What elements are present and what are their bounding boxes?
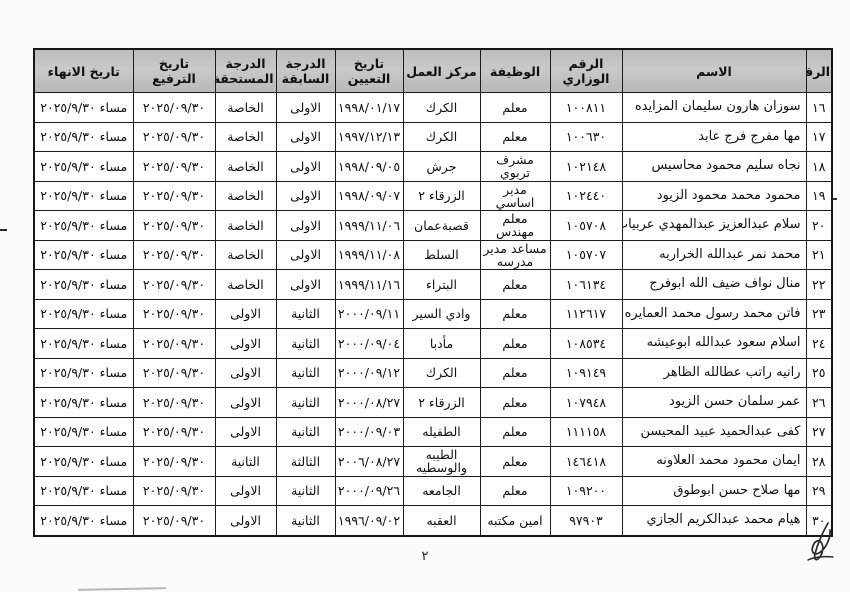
cell-previous-grade: الثانية	[276, 417, 335, 447]
handwritten-signature-mark	[800, 520, 842, 568]
cell-name: منال نواف ضيف الله ابوفرج	[622, 270, 806, 300]
cell-due-grade: الاولى	[215, 476, 276, 506]
cell-previous-grade: الثانية	[276, 329, 335, 359]
cell-job: معلم	[480, 417, 550, 447]
cell-due-grade: الاولى	[215, 299, 276, 329]
scan-mark-row19-dash	[832, 198, 837, 200]
cell-previous-grade: الثانية	[276, 299, 335, 329]
cell-work-center: الطفيله	[403, 417, 480, 447]
table-row: ٢٨ ايمان محمود محمد العلاونه ١٤٦٤١٨ معلم…	[34, 447, 832, 477]
cell-name: محمود محمد محمود الزيود	[622, 181, 806, 211]
cell-work-center: الكرك	[403, 122, 480, 152]
cell-hire-date: ١٩٩٩/١١/١٦	[335, 270, 403, 300]
cell-end-date: مساء ٢٠٢٥/٩/٣٠	[34, 358, 133, 388]
cell-promotion-date: ٢٠٢٥/٠٩/٣٠	[133, 181, 215, 211]
cell-work-center: العقبه	[403, 506, 480, 536]
cell-row-number: ١٨	[806, 152, 832, 182]
cell-ministry-number: ١٠٢١٤٨	[550, 152, 622, 182]
header-work-center: مركز العمل	[403, 49, 480, 93]
table-row: ٢٢ منال نواف ضيف الله ابوفرج ١٠٦١٣٤ معلم…	[34, 270, 832, 300]
cell-name: هيام محمد عبدالكريم الجازي	[622, 506, 806, 536]
cell-promotion-date: ٢٠٢٥/٠٩/٣٠	[133, 270, 215, 300]
document-page: الرقم الاسم الرقم الوزاري الوظيفة مركز ا…	[0, 0, 850, 592]
header-row: الرقم الاسم الرقم الوزاري الوظيفة مركز ا…	[34, 49, 832, 93]
header-due-grade: الدرجة المستحقة	[215, 49, 276, 93]
cell-end-date: مساء ٢٠٢٥/٩/٣٠	[34, 388, 133, 418]
header-name: الاسم	[622, 49, 806, 93]
cell-row-number: ١٩	[806, 181, 832, 211]
cell-work-center: الطيبه والوسطيه	[403, 447, 480, 477]
table-row: ١٧ مها مفرج فرج عابد ١٠٠٦٣٠ معلم الكرك ١…	[34, 122, 832, 152]
cell-previous-grade: الثانية	[276, 506, 335, 536]
cell-job: معلم	[480, 93, 550, 123]
header-row-number: الرقم	[806, 49, 832, 93]
page-number: ٢	[0, 549, 850, 564]
cell-job: معلم	[480, 358, 550, 388]
cell-hire-date: ١٩٩٩/١١/٠٨	[335, 240, 403, 270]
cell-work-center: الكرك	[403, 93, 480, 123]
cell-ministry-number: ١٤٦٤١٨	[550, 447, 622, 477]
cell-ministry-number: ١١١١٥٨	[550, 417, 622, 447]
cell-previous-grade: الاولى	[276, 181, 335, 211]
cell-promotion-date: ٢٠٢٥/٠٩/٣٠	[133, 329, 215, 359]
cell-previous-grade: الاولى	[276, 122, 335, 152]
cell-name: رانيه راتب عطالله الظاهر	[622, 358, 806, 388]
cell-hire-date: ٢٠٠٠/٠٨/٢٧	[335, 388, 403, 418]
cell-previous-grade: الثالثة	[276, 447, 335, 477]
cell-promotion-date: ٢٠٢٥/٠٩/٣٠	[133, 93, 215, 123]
cell-name: محمد نمر عبدالله الخراربه	[622, 240, 806, 270]
cell-job: معلم	[480, 447, 550, 477]
cell-end-date: مساء ٢٠٢٥/٩/٣٠	[34, 417, 133, 447]
header-ministry-number: الرقم الوزاري	[550, 49, 622, 93]
table-row: ٢٤ اسلام سعود عبدالله ابوعيشه ١٠٨٥٣٤ معل…	[34, 329, 832, 359]
cell-job: مدير اساسي	[480, 181, 550, 211]
cell-end-date: مساء ٢٠٢٥/٩/٣٠	[34, 181, 133, 211]
cell-ministry-number: ١٠٩٢٠٠	[550, 476, 622, 506]
cell-name: كفى عبدالحميد عبيد المحيسن	[622, 417, 806, 447]
cell-work-center: الكرك	[403, 358, 480, 388]
cell-ministry-number: ١١٢٦١٧	[550, 299, 622, 329]
cell-previous-grade: الثانية	[276, 358, 335, 388]
cell-due-grade: الاولى	[215, 417, 276, 447]
cell-hire-date: ١٩٩٩/١١/٠٦	[335, 211, 403, 241]
cell-job: امين مكتبه	[480, 506, 550, 536]
cell-previous-grade: الاولى	[276, 93, 335, 123]
cell-row-number: ٢٩	[806, 476, 832, 506]
table-row: ١٦ سوزان هارون سليمان المزايده ١٠٠٨١١ مع…	[34, 93, 832, 123]
cell-due-grade: الاولى	[215, 329, 276, 359]
table-body: ١٦ سوزان هارون سليمان المزايده ١٠٠٨١١ مع…	[34, 93, 832, 536]
cell-row-number: ٢٥	[806, 358, 832, 388]
cell-job: مشرف تربوي	[480, 152, 550, 182]
cell-end-date: مساء ٢٠٢٥/٩/٣٠	[34, 152, 133, 182]
header-hire-date: تاريخ التعيين	[335, 49, 403, 93]
cell-hire-date: ١٩٩٨/٠٩/٠٥	[335, 152, 403, 182]
cell-promotion-date: ٢٠٢٥/٠٩/٣٠	[133, 476, 215, 506]
cell-row-number: ٢٧	[806, 417, 832, 447]
header-previous-grade: الدرجة السابقة	[276, 49, 335, 93]
cell-due-grade: الخاصة	[215, 211, 276, 241]
cell-work-center: مأدبا	[403, 329, 480, 359]
table-row: ٢٦ عمر سلمان حسن الزيود ١٠٧٩٤٨ معلم الزر…	[34, 388, 832, 418]
cell-promotion-date: ٢٠٢٥/٠٩/٣٠	[133, 240, 215, 270]
cell-job: معلم	[480, 122, 550, 152]
cell-previous-grade: الاولى	[276, 211, 335, 241]
scan-mark-left-edge	[0, 229, 7, 231]
cell-due-grade: الخاصة	[215, 181, 276, 211]
cell-promotion-date: ٢٠٢٥/٠٩/٣٠	[133, 152, 215, 182]
table-row: ١٨ نجاه سليم محمود محاسيس ١٠٢١٤٨ مشرف تر…	[34, 152, 832, 182]
cell-job: مساعد مدير مدرسه	[480, 240, 550, 270]
cell-hire-date: ١٩٩٦/٠٩/٠٢	[335, 506, 403, 536]
cell-ministry-number: ١٠٠٦٣٠	[550, 122, 622, 152]
cell-hire-date: ١٩٩٨/٠١/١٧	[335, 93, 403, 123]
cell-promotion-date: ٢٠٢٥/٠٩/٣٠	[133, 358, 215, 388]
table-row: ٢٣ فاتن محمد رسول محمد العمايره ١١٢٦١٧ م…	[34, 299, 832, 329]
cell-row-number: ٢٨	[806, 447, 832, 477]
scan-mark-bottom-edge	[78, 587, 166, 591]
cell-name: سوزان هارون سليمان المزايده	[622, 93, 806, 123]
cell-job: معلم	[480, 329, 550, 359]
table-row: ٢١ محمد نمر عبدالله الخراربه ١٠٥٧٠٧ مساع…	[34, 240, 832, 270]
cell-ministry-number: ١٠٨٥٣٤	[550, 329, 622, 359]
cell-work-center: قصبةعمان	[403, 211, 480, 241]
table-row: ٢٧ كفى عبدالحميد عبيد المحيسن ١١١١٥٨ معل…	[34, 417, 832, 447]
cell-end-date: مساء ٢٠٢٥/٩/٣٠	[34, 476, 133, 506]
cell-previous-grade: الثانية	[276, 388, 335, 418]
cell-ministry-number: ١٠٥٧٠٨	[550, 211, 622, 241]
cell-hire-date: ٢٠٠٠/٠٩/٠٤	[335, 329, 403, 359]
cell-row-number: ٢٤	[806, 329, 832, 359]
cell-work-center: السلط	[403, 240, 480, 270]
table-row: ١٩ محمود محمد محمود الزيود ١٠٢٤٤٠ مدير ا…	[34, 181, 832, 211]
table-row: ٣٠ هيام محمد عبدالكريم الجازي ٩٧٩٠٣ امين…	[34, 506, 832, 536]
cell-row-number: ٢٢	[806, 270, 832, 300]
table-row: ٢٠ سلام عبدالعزيز عبدالمهدي عربيات ١٠٥٧٠…	[34, 211, 832, 241]
cell-work-center: جرش	[403, 152, 480, 182]
cell-hire-date: ٢٠٠٦/٠٨/٢٧	[335, 447, 403, 477]
cell-row-number: ١٦	[806, 93, 832, 123]
cell-hire-date: ٢٠٠٠/٠٩/١١	[335, 299, 403, 329]
table-header: الرقم الاسم الرقم الوزاري الوظيفة مركز ا…	[34, 49, 832, 93]
cell-due-grade: الخاصة	[215, 152, 276, 182]
cell-promotion-date: ٢٠٢٥/٠٩/٣٠	[133, 447, 215, 477]
cell-job: معلم	[480, 299, 550, 329]
cell-row-number: ٢٦	[806, 388, 832, 418]
cell-hire-date: ١٩٩٨/٠٩/٠٧	[335, 181, 403, 211]
cell-name: نجاه سليم محمود محاسيس	[622, 152, 806, 182]
cell-row-number: ٢١	[806, 240, 832, 270]
cell-promotion-date: ٢٠٢٥/٠٩/٣٠	[133, 417, 215, 447]
cell-ministry-number: ١٠٢٤٤٠	[550, 181, 622, 211]
cell-hire-date: ١٩٩٧/١٢/١٣	[335, 122, 403, 152]
cell-due-grade: الخاصة	[215, 122, 276, 152]
cell-name: سلام عبدالعزيز عبدالمهدي عربيات	[622, 211, 806, 241]
header-end-date: تاريخ الانهاء	[34, 49, 133, 93]
cell-hire-date: ٢٠٠٠/٠٩/٠٣	[335, 417, 403, 447]
cell-previous-grade: الثانية	[276, 476, 335, 506]
cell-due-grade: الخاصة	[215, 93, 276, 123]
cell-due-grade: الخاصة	[215, 270, 276, 300]
cell-name: اسلام سعود عبدالله ابوعيشه	[622, 329, 806, 359]
cell-end-date: مساء ٢٠٢٥/٩/٣٠	[34, 506, 133, 536]
cell-work-center: وادي السير	[403, 299, 480, 329]
cell-name: مها مفرج فرج عابد	[622, 122, 806, 152]
cell-job: معلم	[480, 270, 550, 300]
cell-previous-grade: الاولى	[276, 240, 335, 270]
cell-end-date: مساء ٢٠٢٥/٩/٣٠	[34, 447, 133, 477]
cell-ministry-number: ٩٧٩٠٣	[550, 506, 622, 536]
cell-promotion-date: ٢٠٢٥/٠٩/٣٠	[133, 388, 215, 418]
cell-name: مها صلاح حسن ابوطوق	[622, 476, 806, 506]
cell-job: معلم مهندس	[480, 211, 550, 241]
cell-due-grade: الاولى	[215, 358, 276, 388]
cell-promotion-date: ٢٠٢٥/٠٩/٣٠	[133, 506, 215, 536]
cell-end-date: مساء ٢٠٢٥/٩/٣٠	[34, 329, 133, 359]
cell-promotion-date: ٢٠٢٥/٠٩/٣٠	[133, 299, 215, 329]
cell-promotion-date: ٢٠٢٥/٠٩/٣٠	[133, 211, 215, 241]
cell-ministry-number: ١٠٦١٣٤	[550, 270, 622, 300]
cell-work-center: البتراء	[403, 270, 480, 300]
cell-ministry-number: ١٠٩١٤٩	[550, 358, 622, 388]
cell-end-date: مساء ٢٠٢٥/٩/٣٠	[34, 211, 133, 241]
cell-end-date: مساء ٢٠٢٥/٩/٣٠	[34, 93, 133, 123]
cell-end-date: مساء ٢٠٢٥/٩/٣٠	[34, 270, 133, 300]
cell-ministry-number: ١٠٧٩٤٨	[550, 388, 622, 418]
cell-ministry-number: ١٠٥٧٠٧	[550, 240, 622, 270]
cell-ministry-number: ١٠٠٨١١	[550, 93, 622, 123]
cell-name: عمر سلمان حسن الزيود	[622, 388, 806, 418]
cell-job: معلم	[480, 388, 550, 418]
cell-due-grade: الاولى	[215, 506, 276, 536]
cell-job: معلم	[480, 476, 550, 506]
cell-due-grade: الثانية	[215, 447, 276, 477]
header-job: الوظيفة	[480, 49, 550, 93]
cell-hire-date: ٢٠٠٠/٠٩/١٢	[335, 358, 403, 388]
cell-row-number: ٢٠	[806, 211, 832, 241]
cell-end-date: مساء ٢٠٢٥/٩/٣٠	[34, 240, 133, 270]
table-row: ٢٥ رانيه راتب عطالله الظاهر ١٠٩١٤٩ معلم …	[34, 358, 832, 388]
cell-work-center: الجامعه	[403, 476, 480, 506]
cell-end-date: مساء ٢٠٢٥/٩/٣٠	[34, 299, 133, 329]
cell-end-date: مساء ٢٠٢٥/٩/٣٠	[34, 122, 133, 152]
promotion-table: الرقم الاسم الرقم الوزاري الوظيفة مركز ا…	[33, 48, 833, 537]
header-promotion-date: تاريخ الترفيع	[133, 49, 215, 93]
cell-name: ايمان محمود محمد العلاونه	[622, 447, 806, 477]
cell-promotion-date: ٢٠٢٥/٠٩/٣٠	[133, 122, 215, 152]
cell-name: فاتن محمد رسول محمد العمايره	[622, 299, 806, 329]
cell-previous-grade: الاولى	[276, 152, 335, 182]
cell-work-center: الزرقاء ٢	[403, 181, 480, 211]
table-row: ٢٩ مها صلاح حسن ابوطوق ١٠٩٢٠٠ معلم الجام…	[34, 476, 832, 506]
cell-due-grade: الخاصة	[215, 240, 276, 270]
cell-hire-date: ٢٠٠٠/٠٩/٢٦	[335, 476, 403, 506]
cell-row-number: ٢٣	[806, 299, 832, 329]
cell-work-center: الزرقاء ٢	[403, 388, 480, 418]
cell-previous-grade: الاولى	[276, 270, 335, 300]
cell-due-grade: الاولى	[215, 388, 276, 418]
cell-row-number: ١٧	[806, 122, 832, 152]
